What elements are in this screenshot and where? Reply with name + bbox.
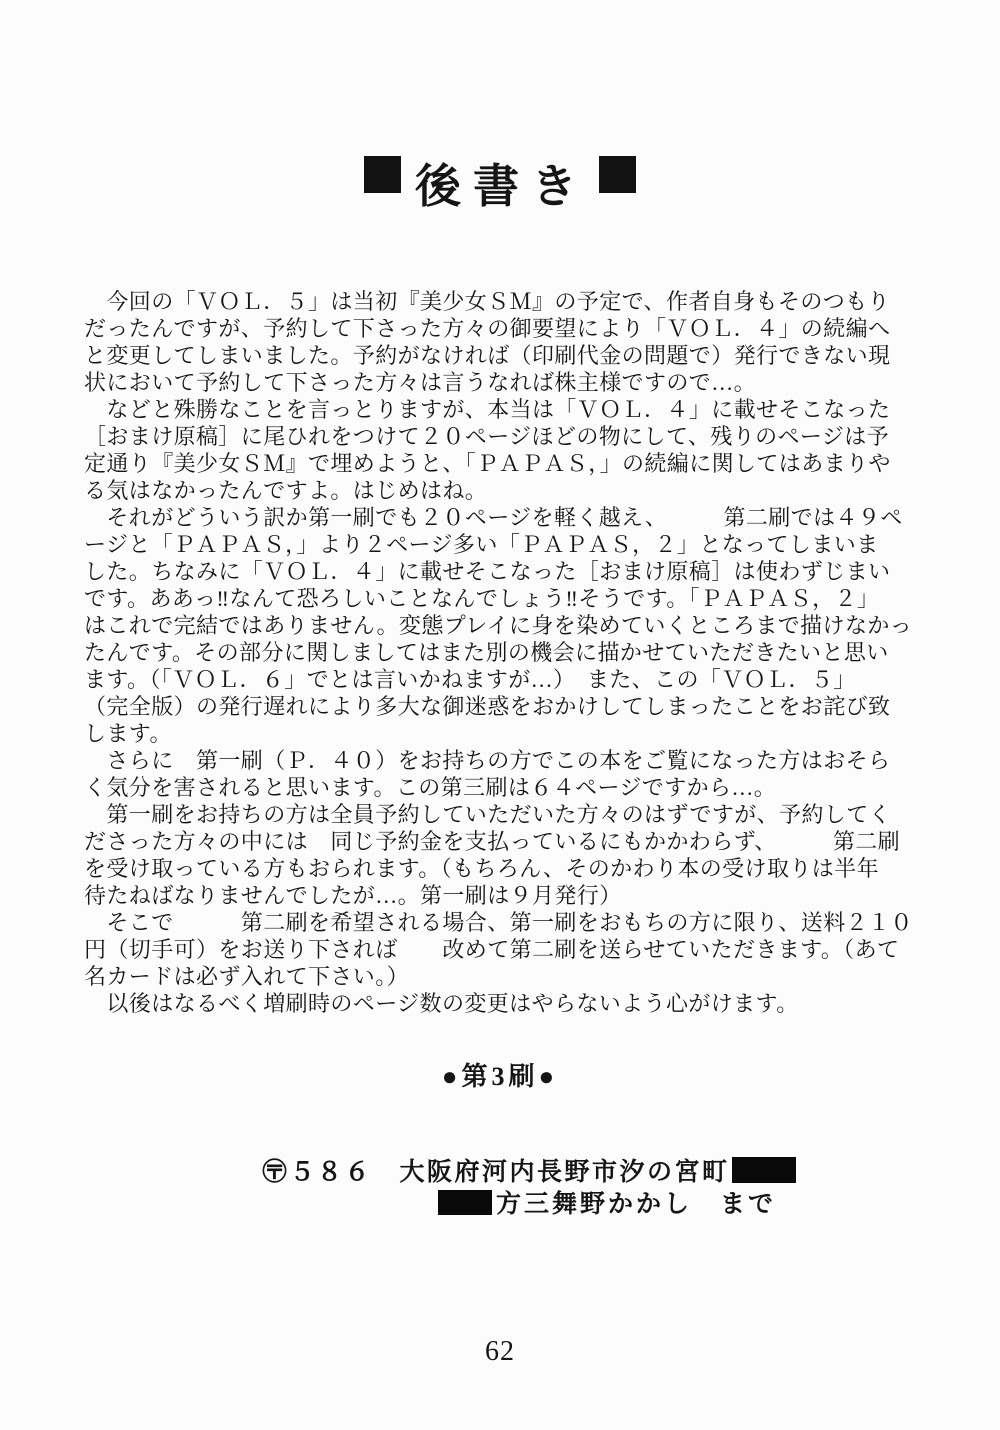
page-number: 62 xyxy=(0,1336,1000,1368)
body-line: く気分を害されると思います。この第三刷は６４ページですから…。 xyxy=(84,774,924,801)
afterword-body: 今回の「ＶＯＬ．５」は当初『美少女ＳＭ』の予定で、作者自身もそのつもり だったん… xyxy=(84,288,924,1017)
body-line: を受け取っている方もおられます。（もちろん、そのかわり本の受け取りは半年 xyxy=(84,855,924,882)
body-line: 待たねばなりませんでしたが…。第一刷は９月発行） xyxy=(84,882,924,909)
body-line: だったんですが、予約して下さった方々の御要望により「ＶＯＬ．４」の続編へ xyxy=(84,315,924,342)
black-square-icon xyxy=(364,156,401,193)
printing-note: ●第3刷● xyxy=(0,1056,1000,1093)
body-line: （完全版）の発行遅れにより多大な御迷惑をおかけしてしまったことをお詫び致 xyxy=(84,693,924,720)
page-title-text: 後書き xyxy=(415,162,589,212)
body-line: ージと「ＰＡＰＡＳ，」より２ページ多い「ＰＡＰＡＳ，２」となってしまいま xyxy=(84,531,924,558)
black-square-icon xyxy=(599,156,636,193)
body-line: そこで 第二刷を希望される場合、第一刷をおもちの方に限り、送料２１０ xyxy=(84,909,924,936)
afterword-page: 後書き 今回の「ＶＯＬ．５」は当初『美少女ＳＭ』の予定で、作者自身もそのつもり … xyxy=(0,0,1000,1430)
body-line: る気はなかったんですよ。はじめはね。 xyxy=(84,477,924,504)
recipient-line: 方三舞野かかし まで xyxy=(438,1184,776,1220)
body-line: はこれで完結ではありません。変態プレイに身を染めていくところまで描けなかっ xyxy=(84,612,924,639)
body-line: します。 xyxy=(84,720,924,747)
redaction-box xyxy=(438,1190,492,1215)
body-line: 第一刷をお持ちの方は全員予約していただいた方々のはずですが、予約してく xyxy=(84,801,924,828)
body-line: ［おまけ原稿］に尾ひれをつけて２０ページほどの物にして、残りのページは予 xyxy=(84,423,924,450)
body-line: などと殊勝なことを言っとりますが、本当は「ＶＯＬ．４」に載せそこなった xyxy=(84,396,924,423)
body-line: ださった方々の中には 同じ予約金を支払っているにもかかわらず、 第二刷 xyxy=(84,828,924,855)
page-title: 後書き xyxy=(0,156,1000,212)
body-line: 名カードは必ず入れて下さい。） xyxy=(84,963,924,990)
body-line: です。ああっ‼なんて恐ろしいことなんでしょう‼そうです。「ＰＡＰＡＳ，２」 xyxy=(84,585,924,612)
body-line: ます。（「ＶＯＬ．６」でとは言いかねますが…） また、この「ＶＯＬ．５」 xyxy=(84,666,924,693)
body-line: 状において予約して下さった方々は言うなれば株主様ですので…。 xyxy=(84,369,924,396)
body-line: 定通り『美少女ＳＭ』で埋めようと、「ＰＡＰＡＳ，」の続編に関してはあまりや xyxy=(84,450,924,477)
body-line: 以後はなるべく増刷時のページ数の変更はやらないよう心がけます。 xyxy=(84,990,924,1017)
recipient-text: 方三舞野かかし まで xyxy=(496,1191,776,1218)
body-line: たんです。その部分に関しましてはまた別の機会に描かせていただきたいと思い xyxy=(84,639,924,666)
body-line: と変更してしまいました。予約がなければ（印刷代金の問題で）発行できない現 xyxy=(84,342,924,369)
body-line: 円（切手可）をお送り下されば 改めて第二刷を送らせていただきます。（あて xyxy=(84,936,924,963)
postal-address-text: 〶５８６ 大阪府河内長野市汐の宮町 xyxy=(262,1159,730,1186)
body-line: した。ちなみに「ＶＯＬ．４」に載せそこなった［おまけ原稿］は使わずじまい xyxy=(84,558,924,585)
redaction-box xyxy=(732,1157,796,1183)
postal-address-line: 〶５８６ 大阪府河内長野市汐の宮町 xyxy=(262,1152,796,1188)
body-line: さらに 第一刷（Ｐ．４０）をお持ちの方でこの本をご覧になった方はおそら xyxy=(84,747,924,774)
body-line: それがどういう訳か第一刷でも２０ページを軽く越え、 第二刷では４９ペ xyxy=(84,504,924,531)
body-line: 今回の「ＶＯＬ．５」は当初『美少女ＳＭ』の予定で、作者自身もそのつもり xyxy=(84,288,924,315)
